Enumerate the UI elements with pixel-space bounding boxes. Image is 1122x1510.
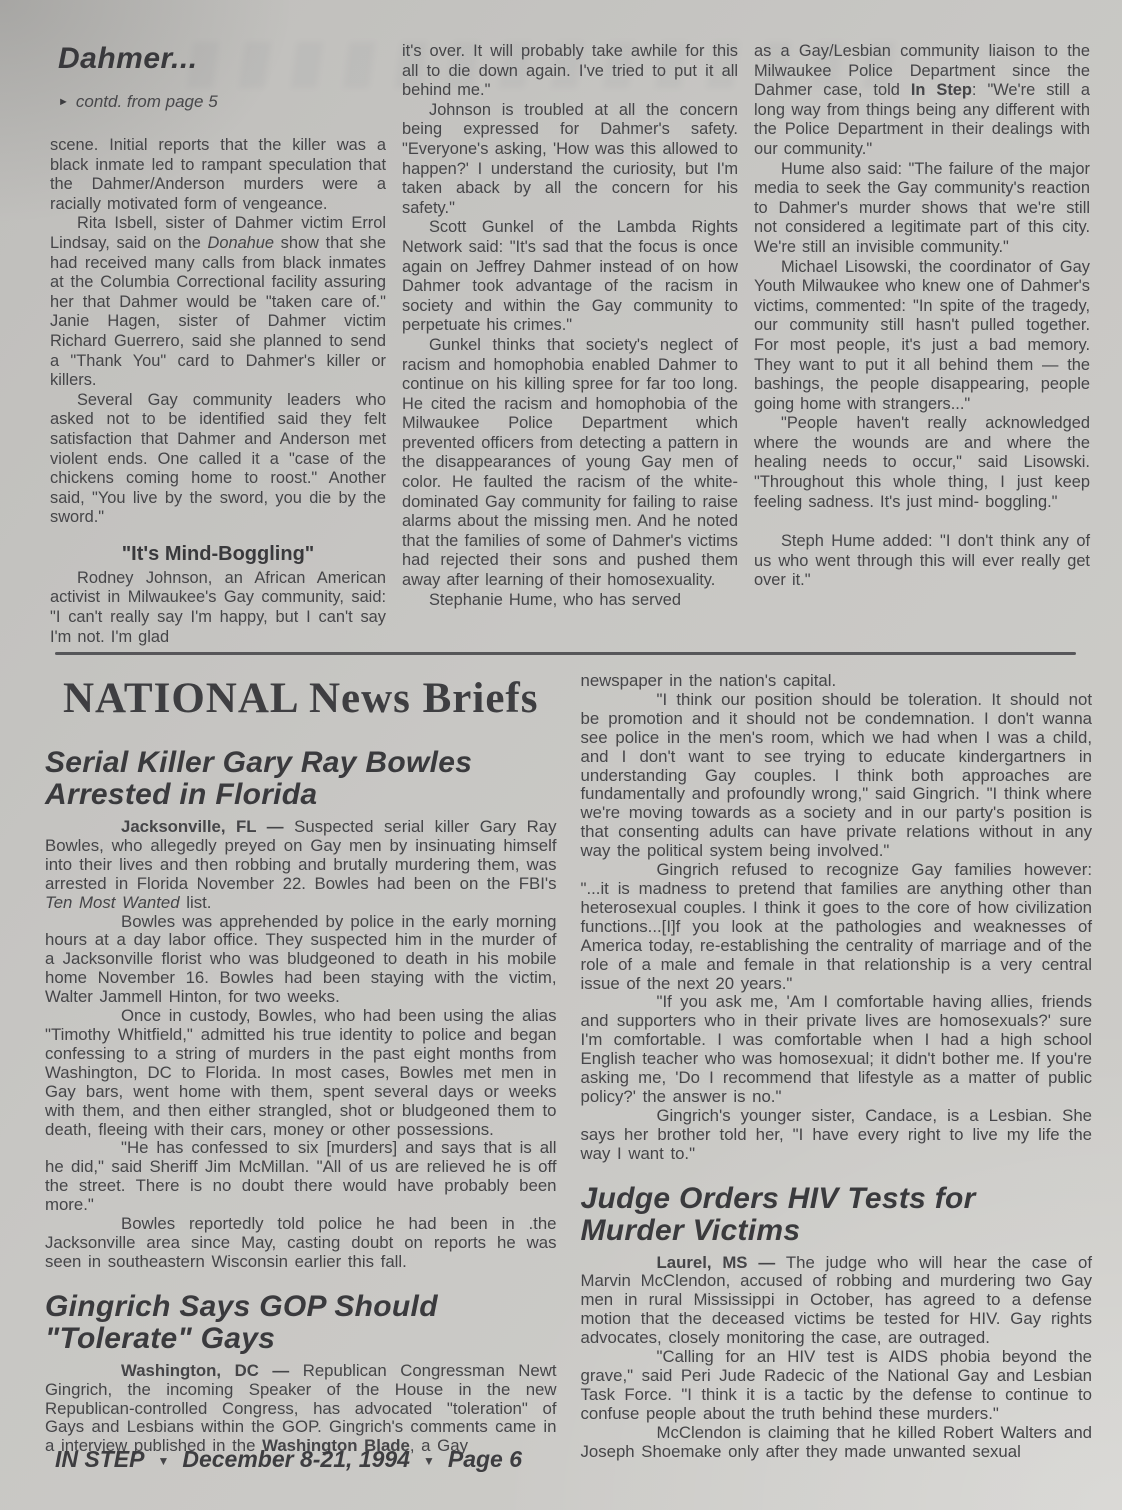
title-line: Gingrich Says GOP Should — [45, 1290, 438, 1323]
paragraph: Once in custody, Bowles, who had been us… — [45, 1007, 557, 1139]
paragraph: "He has confessed to six [murders] and s… — [45, 1139, 557, 1215]
subhead-mind-boggling: "It's Mind-Boggling" — [50, 543, 386, 566]
paragraph: McClendon is claiming that he killed Rob… — [581, 1424, 1093, 1462]
national-briefs-section: NATIONAL News Briefs Serial Killer Gary … — [45, 672, 1092, 1462]
title-line: Judge Orders HIV Tests for — [581, 1182, 976, 1215]
publication-name: IN STEP — [55, 1446, 144, 1473]
contd-arrow-icon: ► — [58, 96, 69, 108]
paragraph: Laurel, MS — The judge who will hear the… — [581, 1254, 1093, 1349]
paragraph: Bowles reportedly told police he had bee… — [45, 1215, 557, 1272]
paragraph: Michael Lisowski, the coordinator of Gay… — [754, 258, 1090, 415]
triangle-separator-icon: ▼ — [157, 1454, 169, 1468]
triangle-separator-icon: ▼ — [423, 1454, 435, 1468]
paragraph: Bowles was apprehended by police in the … — [45, 913, 557, 1008]
paragraph-text: list. — [180, 893, 212, 912]
title-line: Serial Killer Gary Ray Bowles — [45, 746, 472, 779]
dateline: Washington, DC — — [121, 1361, 303, 1380]
paragraph: Steph Hume added: "I don't think any of … — [754, 532, 1090, 591]
paragraph: Rodney Johnson, an African American acti… — [50, 569, 386, 647]
emphasis-text: Donahue — [208, 234, 275, 252]
paragraph: Rita Isbell, sister of Dahmer victim Err… — [50, 214, 386, 390]
paragraph: Jacksonville, FL — Suspected serial kill… — [45, 818, 557, 913]
paragraph: Scott Gunkel of the Lambda Rights Networ… — [402, 218, 738, 336]
page-footer: IN STEP ▼ December 8-21, 1994 ▼ Page 6 — [55, 1446, 522, 1473]
emphasis-text: Ten Most Wanted — [45, 893, 180, 912]
page-number: Page 6 — [448, 1446, 522, 1473]
paragraph: Several Gay community leaders who asked … — [50, 391, 386, 528]
title-line: Arrested in Florida — [45, 778, 317, 811]
newspaper-page: Dahmer... ►contd. from page 5 scene. Ini… — [0, 0, 1122, 1510]
paragraph: "I think our position should be tolerati… — [581, 691, 1093, 861]
briefs-column-2: newspaper in the nation's capital. "I th… — [581, 672, 1093, 1462]
paragraph: Gingrich refused to recognize Gay famili… — [581, 861, 1093, 993]
paragraph: "If you ask me, 'Am I comfortable having… — [581, 993, 1093, 1106]
paragraph: Gingrich's younger sister, Candace, is a… — [581, 1107, 1093, 1164]
dateline: Laurel, MS — — [657, 1253, 786, 1272]
dahmer-title: Dahmer... — [58, 42, 378, 76]
paragraph: as a Gay/Lesbian community liaison to th… — [754, 42, 1090, 160]
paragraph: scene. Initial reports that the killer w… — [50, 136, 386, 214]
continued-from-note: ►contd. from page 5 — [58, 92, 378, 112]
gingrich-article-title: Gingrich Says GOP Should"Tolerate" Gays — [45, 1291, 557, 1355]
title-line: "Tolerate" Gays — [45, 1322, 275, 1355]
dahmer-column-2: it's over. It will probably take awhile … — [402, 42, 738, 647]
bowles-article-title: Serial Killer Gary Ray BowlesArrested in… — [45, 747, 557, 811]
hiv-article-title: Judge Orders HIV Tests forMurder Victims — [581, 1183, 1093, 1247]
dahmer-column-3: as a Gay/Lesbian community liaison to th… — [754, 42, 1090, 647]
paragraph: Johnson is troubled at all the concern b… — [402, 101, 738, 219]
paragraph: Hume also said: "The failure of the majo… — [754, 160, 1090, 258]
emphasis-text: In Step — [911, 81, 972, 99]
section-divider — [55, 652, 1076, 655]
paragraph: "People haven't really acknowledged wher… — [754, 414, 1090, 512]
national-briefs-header: NATIONAL News Briefs — [63, 674, 557, 723]
paragraph: Gunkel thinks that society's neglect of … — [402, 336, 738, 591]
paragraph: Washington, DC — Republican Congressman … — [45, 1362, 557, 1457]
title-line: Murder Victims — [581, 1214, 801, 1247]
paragraph: "Calling for an HIV test is AIDS phobia … — [581, 1348, 1093, 1424]
paragraph-text: show that she had received many calls fr… — [50, 234, 386, 389]
contd-text: contd. from page 5 — [76, 92, 218, 111]
dateline: Jacksonville, FL — — [121, 817, 294, 836]
article-dahmer: Dahmer... ►contd. from page 5 scene. Ini… — [50, 42, 1090, 647]
paragraph: Stephanie Hume, who has served — [402, 591, 738, 611]
dahmer-column-1: Dahmer... ►contd. from page 5 scene. Ini… — [50, 42, 386, 647]
briefs-column-1: NATIONAL News Briefs Serial Killer Gary … — [45, 672, 557, 1462]
issue-date: December 8-21, 1994 — [182, 1446, 410, 1473]
paragraph: it's over. It will probably take awhile … — [402, 42, 738, 101]
paragraph: newspaper in the nation's capital. — [581, 672, 1093, 691]
